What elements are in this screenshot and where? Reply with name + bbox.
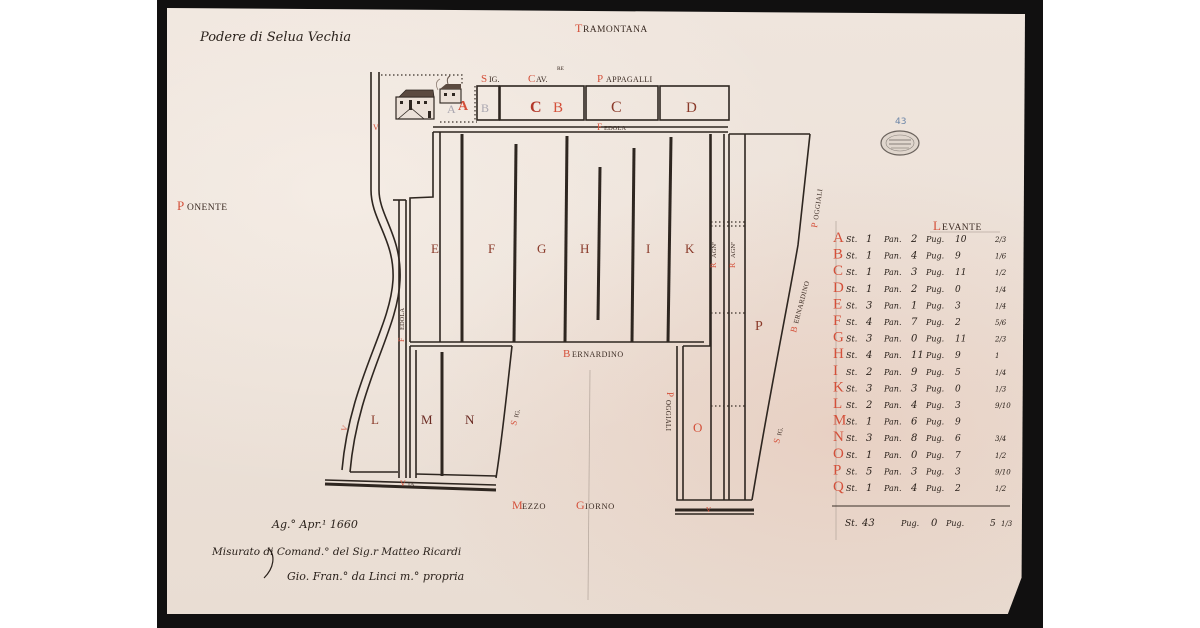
legend-cell-pug-label: Pug. (925, 318, 944, 327)
legend-cell-st: St. (846, 335, 857, 344)
legend-cell-pugnora: 10 (955, 235, 967, 245)
signature-line-1: Misurato di Comand.° del Sig.r Matteo Ri… (211, 546, 461, 558)
signature-line-2: Gio. Fran.° da Linci m.° propria (287, 570, 464, 583)
legend-cell-panora: 4 (910, 483, 917, 494)
legend-cell-pugnora: 11 (955, 335, 966, 345)
parcel-I: I (646, 241, 650, 256)
legend-cell-frac: 2/3 (994, 336, 1007, 344)
legend-cell-st: St. (846, 384, 857, 393)
legend-cell-pan-label: Pan. (883, 252, 902, 261)
legend-cell-staia: 2 (865, 400, 872, 411)
legend-cell-pug-label: Pug. (925, 252, 944, 261)
svg-text:1/3: 1/3 (1001, 520, 1013, 528)
legend-cell-frac: 1 (995, 352, 999, 360)
svg-text:5: 5 (990, 519, 996, 529)
legend-cell-frac: 1/4 (995, 369, 1006, 377)
legend-cell-staia: 4 (865, 350, 872, 361)
legend-cell-pan-label: Pan. (883, 401, 902, 410)
legend-cell-panora: 0 (911, 334, 918, 345)
legend-cell-pan-label: Pan. (883, 301, 902, 310)
parcel-A: A (458, 99, 469, 114)
north-owner-label: S IG. C AV. RE P APPAGALLI (481, 66, 652, 85)
svg-text:P: P (665, 392, 675, 397)
svg-text:G: G (576, 498, 585, 512)
parcel-C-2: C (611, 99, 622, 116)
legend-cell-staia: 1 (866, 450, 872, 461)
legend-cell-st: St. (846, 434, 857, 443)
legend-cell-pug-label: Pug. (925, 434, 944, 443)
svg-text:OGGIALI: OGGIALI (812, 188, 824, 220)
legend-cell-pan-label: Pan. (883, 235, 902, 244)
parcel-B: B (553, 100, 563, 116)
legend-row: NSt.3Pan.8Pug.63/4 (833, 429, 1006, 445)
legend-cell-pugnora: 9 (955, 252, 961, 262)
svg-text:F: F (397, 337, 406, 342)
legend-cell-staia: 3 (866, 383, 872, 394)
legend-cell-panora: 3 (911, 267, 917, 278)
parcel-A-faded: A (447, 102, 456, 116)
legend-cell-pugnora: 6 (955, 434, 961, 444)
legend-cell-letter: A (833, 230, 844, 246)
east-owner-label: B ERNARDINO P OGGIALI (788, 188, 824, 334)
svg-text:EDOLA: EDOLA (399, 308, 406, 330)
svg-text:P: P (597, 73, 603, 85)
legend-cell-st: St. (846, 351, 857, 360)
legend-cell-staia: 3 (866, 334, 872, 345)
legend-cell-panora: 4 (910, 251, 917, 262)
legend-cell-pan-label: Pan. (883, 467, 902, 476)
gora-top-label: F EDOLA (597, 122, 626, 132)
estate-map: Podere di Selua Vechia T RAMONTANA P ONE… (0, 0, 1200, 628)
legend-cell-pan-label: Pan. (883, 484, 902, 493)
legend-header: L EVANTE (933, 218, 982, 233)
legend-row: QSt.1Pan.4Pug.21/2 (833, 479, 1007, 495)
svg-text:S: S (508, 419, 519, 426)
legend-cell-staia: 5 (866, 466, 872, 477)
via-left-label: V (400, 479, 406, 488)
legend-cell-letter: E (833, 296, 842, 312)
parcel-C: C (530, 99, 542, 116)
legend-cell-staia: 1 (866, 284, 872, 295)
svg-text:0: 0 (931, 518, 938, 529)
legend-cell-pug-label: Pug. (925, 384, 944, 393)
legend-cell-frac: 1/2 (995, 452, 1007, 460)
parcel-D: D (686, 100, 697, 116)
legend-cell-pan-label: Pan. (883, 384, 902, 393)
svg-text:43: 43 (861, 518, 875, 529)
parcel-P: P (755, 319, 763, 334)
svg-text:ERNARDINO: ERNARDINO (792, 280, 811, 324)
legend-cell-panora: 3 (911, 466, 917, 477)
legend-row: ISt.2Pan.9Pug.51/4 (833, 363, 1006, 379)
legend-rows: ASt.1Pan.2Pug.102/3BSt.1Pan.4Pug.91/6CSt… (833, 230, 1011, 495)
legend-cell-st: St. (846, 368, 857, 377)
legend-cell-st: St. (846, 268, 857, 277)
signature-date: Ag.° Apr.¹ 1660 (271, 518, 358, 531)
legend-cell-frac: 9/10 (995, 468, 1011, 476)
svg-text:IG.: IG. (513, 408, 522, 418)
svg-text:Pug.: Pug. (945, 519, 964, 528)
legend-cell-pugnora: 11 (955, 268, 966, 278)
svg-text:EZZO: EZZO (522, 501, 546, 511)
legend-cell-letter: L (833, 396, 842, 412)
legend-cell-pugnora: 3 (955, 401, 961, 411)
parcel-M: M (421, 412, 433, 427)
poggiali-mid-label: P OGGIALI (664, 392, 675, 432)
legend-cell-st: St. (846, 285, 857, 294)
legend-cell-letter: P (833, 462, 841, 478)
legend-cell-pan-label: Pan. (883, 335, 902, 344)
legend-cell-letter: F (833, 313, 841, 329)
svg-text:IG.: IG. (776, 426, 785, 436)
svg-text:B: B (788, 325, 799, 333)
legend-cell-letter: D (833, 280, 844, 296)
legend-cell-pan-label: Pan. (883, 318, 902, 327)
legend-row: HSt.4Pan.11Pug.91 (833, 346, 999, 362)
legend-cell-pug-label: Pug. (925, 335, 944, 344)
legend-cell-letter: N (833, 429, 844, 445)
legend-cell-frac: 1/4 (995, 302, 1006, 310)
legend-cell-pug-label: Pug. (925, 368, 944, 377)
compass-south: M EZZO G IORNO (512, 498, 615, 512)
legend-cell-pan-label: Pan. (883, 451, 902, 460)
legend-cell-letter: B (833, 247, 843, 263)
legend-cell-letter: K (833, 379, 844, 395)
legend-cell-staia: 1 (866, 483, 872, 494)
legend-cell-panora: 2 (910, 284, 917, 295)
legend-cell-staia: 1 (866, 267, 872, 278)
legend-cell-pugnora: 5 (955, 368, 961, 378)
legend-cell-pugnora: 2 (954, 484, 961, 494)
legend-cell-st: St. (846, 252, 857, 261)
legend-cell-pan-label: Pan. (883, 285, 902, 294)
legend-cell-panora: 11 (911, 350, 924, 361)
parcel-F: F (488, 241, 495, 256)
svg-text:RE: RE (557, 66, 565, 72)
parcel-O: O (693, 420, 702, 435)
legend-cell-staia: 1 (866, 234, 872, 245)
bernardino-mid-label: B ERNARDINO (563, 348, 624, 360)
svg-text:R: R (709, 262, 718, 268)
legend-cell-staia: 4 (865, 317, 872, 328)
legend-cell-pan-label: Pan. (883, 418, 902, 427)
legend-cell-panora: 0 (911, 450, 918, 461)
legend-cell-letter: H (833, 346, 844, 362)
legend-cell-staia: 1 (866, 417, 872, 428)
legend-total-row: St. 43 Pug. 0 Pug. 5 1/3 (845, 518, 1013, 529)
svg-text:St.: St. (845, 519, 858, 529)
compass-west: P ONENTE (177, 198, 227, 213)
svg-text:S: S (771, 437, 782, 444)
svg-text:S: S (481, 73, 487, 85)
area-legend-table: L EVANTE ASt.1Pan.2Pug.102/3BSt.1Pan.4Pu… (832, 218, 1013, 540)
legend-cell-pan-label: Pan. (883, 351, 902, 360)
signature-block: Ag.° Apr.¹ 1660 Misurato di Comand.° del… (211, 518, 464, 583)
legend-cell-frac: 1/6 (995, 253, 1007, 261)
parcel-G: G (537, 241, 546, 256)
legend-cell-panora: 8 (911, 433, 917, 444)
legend-cell-letter: M (833, 413, 846, 429)
legend-cell-pug-label: Pug. (925, 268, 944, 277)
legend-cell-panora: 6 (911, 417, 918, 428)
folio-number: 43 (895, 117, 906, 127)
parcel-H: H (580, 241, 589, 256)
legend-cell-pugnora: 2 (954, 318, 961, 328)
legend-cell-pugnora: 3 (955, 301, 961, 311)
svg-text:L: L (933, 218, 941, 233)
svg-text:OGGIALI: OGGIALI (664, 400, 672, 432)
legend-cell-pugnora: 7 (955, 451, 961, 461)
svg-text:ERNARDINO: ERNARDINO (572, 350, 624, 359)
legend-cell-pug-label: Pug. (925, 467, 944, 476)
parcel-L: L (371, 412, 379, 427)
svg-text:Pug.: Pug. (900, 519, 919, 528)
svg-text:IG.: IG. (489, 75, 499, 84)
svg-text:AV.: AV. (536, 75, 548, 84)
legend-cell-st: St. (846, 401, 857, 410)
svg-text:T: T (575, 21, 583, 35)
legend-cell-st: St. (846, 484, 857, 493)
parcel-B-faded: B (481, 101, 489, 115)
svg-text:IA: IA (408, 482, 415, 488)
svg-text:AGNª: AGNª (730, 242, 737, 258)
legend-cell-staia: 1 (866, 251, 872, 262)
sig-east-label: S IG. (771, 426, 785, 444)
parcel-E: E (431, 241, 439, 256)
legend-cell-st: St. (846, 418, 857, 427)
ragna-1-label: AGNª R (709, 242, 718, 268)
via-top-label: V (373, 123, 379, 132)
compass-north: T RAMONTANA (575, 21, 648, 35)
legend-row: PSt.5Pan.3Pug.39/10 (833, 462, 1011, 478)
svg-text:RAMONTANA: RAMONTANA (583, 25, 648, 35)
svg-text:AGNª: AGNª (711, 242, 718, 258)
legend-cell-pan-label: Pan. (883, 434, 902, 443)
archive-stamp-icon (881, 131, 919, 155)
legend-cell-st: St. (846, 301, 857, 310)
legend-cell-st: St. (846, 467, 857, 476)
svg-text:P: P (809, 222, 820, 228)
legend-cell-staia: 3 (866, 300, 872, 311)
legend-cell-pugnora: 9 (955, 418, 961, 428)
legend-cell-pan-label: Pan. (883, 268, 902, 277)
legend-row: KSt.3Pan.3Pug.01/3 (833, 379, 1007, 395)
legend-row: BSt.1Pan.4Pug.91/6 (833, 247, 1007, 263)
legend-cell-pugnora: 9 (955, 351, 961, 361)
legend-cell-st: St. (846, 318, 857, 327)
svg-text:APPAGALLI: APPAGALLI (606, 75, 652, 84)
legend-cell-frac: 5/6 (995, 319, 1007, 327)
legend-cell-pug-label: Pug. (925, 285, 944, 294)
legend-cell-panora: 7 (911, 317, 918, 328)
legend-cell-frac: 9/10 (995, 402, 1011, 410)
legend-cell-frac: 2/3 (994, 236, 1007, 244)
parcel-K: K (685, 241, 695, 256)
legend-cell-frac: 1/2 (995, 485, 1007, 493)
parcel-N: N (465, 412, 475, 427)
legend-cell-letter: O (833, 446, 844, 462)
svg-text:P: P (177, 198, 184, 213)
svg-text:F: F (597, 122, 602, 132)
sig-mid-label: S IG. (508, 408, 522, 426)
svg-text:R: R (728, 262, 737, 268)
legend-cell-pug-label: Pug. (925, 451, 944, 460)
legend-row: ESt.3Pan.1Pug.31/4 (833, 296, 1006, 312)
legend-cell-frac: 1/2 (995, 269, 1007, 277)
legend-cell-st: St. (846, 235, 857, 244)
legend-cell-letter: C (833, 263, 843, 279)
legend-cell-staia: 2 (865, 367, 872, 378)
legend-cell-letter: I (833, 363, 838, 379)
legend-cell-panora: 4 (910, 400, 917, 411)
ragna-2-label: AGNª R (728, 242, 737, 268)
legend-cell-letter: G (833, 330, 844, 346)
legend-cell-panora: 1 (911, 300, 917, 311)
legend-cell-panora: 9 (911, 367, 918, 378)
svg-text:B: B (563, 348, 570, 360)
legend-row: FSt.4Pan.7Pug.25/6 (833, 313, 1007, 329)
legend-cell-frac: 1/4 (995, 286, 1006, 294)
legend-cell-pug-label: Pug. (925, 401, 944, 410)
legend-row: DSt.1Pan.2Pug.01/4 (833, 280, 1006, 296)
legend-cell-pan-label: Pan. (883, 368, 902, 377)
svg-text:EDOLA: EDOLA (604, 125, 626, 132)
svg-text:ONENTE: ONENTE (187, 203, 227, 213)
legend-row: MSt.1Pan.6Pug.9 (833, 413, 961, 429)
legend-cell-pugnora: 0 (955, 384, 961, 394)
legend-cell-staia: 3 (866, 433, 872, 444)
legend-row: GSt.3Pan.0Pug.112/3 (833, 330, 1007, 346)
legend-row: OSt.1Pan.0Pug.71/2 (833, 446, 1007, 462)
legend-cell-frac: 1/3 (995, 385, 1007, 393)
via-right-label: V (706, 506, 711, 514)
legend-cell-pug-label: Pug. (925, 484, 944, 493)
legend-cell-pug-label: Pug. (925, 301, 944, 310)
legend-cell-panora: 2 (910, 234, 917, 245)
legend-cell-pug-label: Pug. (925, 418, 944, 427)
legend-row: CSt.1Pan.3Pug.111/2 (833, 263, 1007, 279)
svg-text:EVANTE: EVANTE (942, 223, 982, 233)
legend-cell-letter: Q (833, 479, 844, 495)
legend-cell-frac: 3/4 (995, 435, 1006, 443)
legend-cell-pugnora: 3 (955, 467, 961, 477)
svg-text:IORNO: IORNO (585, 501, 615, 511)
legend-cell-pug-label: Pug. (925, 235, 944, 244)
legend-row: LSt.2Pan.4Pug.39/10 (833, 396, 1011, 412)
legend-cell-panora: 3 (911, 383, 917, 394)
svg-text:C: C (528, 73, 535, 85)
legend-cell-st: St. (846, 451, 857, 460)
document-title: Podere di Selua Vechia (199, 30, 351, 45)
legend-cell-pugnora: 0 (955, 285, 961, 295)
legend-cell-pug-label: Pug. (925, 351, 944, 360)
